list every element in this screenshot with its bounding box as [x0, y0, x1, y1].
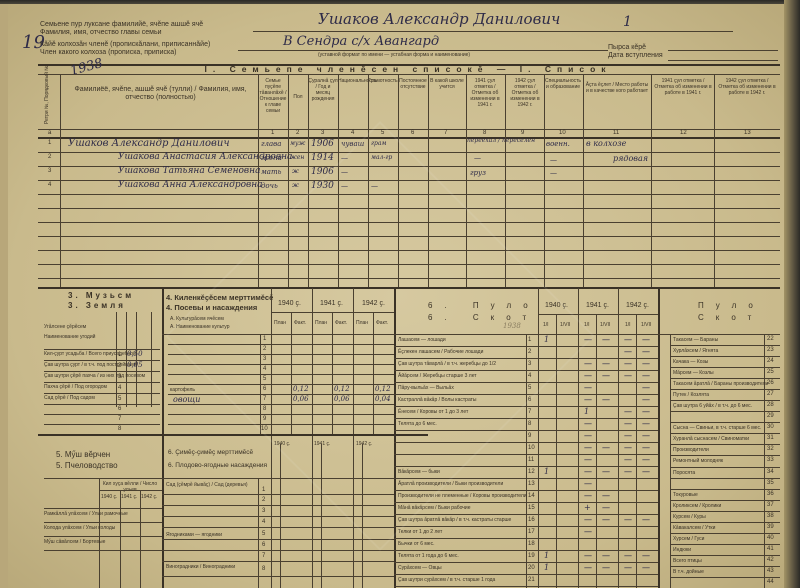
colnum-a: а: [48, 130, 51, 136]
land-number: 4: [118, 385, 121, 391]
livestock-row-number: 19: [528, 553, 535, 559]
livestock-right-label: Путек / Козлята: [673, 392, 709, 398]
fruit-row-number: 4: [262, 519, 265, 525]
fruit-row-number: 5: [262, 531, 265, 537]
livestock-right-row-line: [670, 356, 780, 357]
section5-row-line: [44, 550, 162, 551]
section-divider: [162, 288, 164, 588]
colnum-13: 13: [744, 130, 751, 136]
livestock-value: +: [584, 503, 591, 512]
livestock-right-row-line: [670, 544, 780, 545]
fruit-row-number: 1: [262, 487, 265, 493]
livestock-value: —: [642, 455, 650, 464]
livestock-right-row-line: [670, 422, 780, 423]
col-divider: [583, 74, 584, 287]
livestock-value: —: [584, 383, 592, 392]
member-sex: жен: [290, 154, 304, 161]
livestock-right-number: 34: [767, 469, 774, 475]
col-10-header: Специальность и образование: [544, 78, 582, 90]
member-workplace: в колхозе: [586, 139, 626, 148]
col-name-header: Фамилиёё, ячӗпе, ашшӗ ячӗ (тулли) / Фами…: [68, 86, 253, 102]
livestock-right-number: 37: [767, 502, 774, 508]
livestock-right-label: В т.ч. дойные: [673, 569, 704, 575]
livestock-right-number: 42: [767, 557, 774, 563]
livestock-value: —: [602, 551, 610, 560]
livestock-row-number: 18: [528, 541, 535, 547]
member-col8: переехал / переселен: [467, 137, 535, 144]
livestock-right-label: Такасем — Бараны: [673, 337, 718, 343]
land-label: Ҫав шутри ҫӗрӗ пахча / из них под посево…: [44, 373, 145, 379]
livestock-value: 1: [544, 467, 549, 476]
livestock-value: —: [624, 431, 632, 440]
fruit-row-berries: Ягодниками — ягодники: [166, 532, 222, 538]
livestock-value: —: [642, 395, 650, 404]
fruit-row-number: 3: [262, 508, 265, 514]
fruit-row-number: 8: [262, 566, 265, 572]
livestock-value: —: [602, 443, 610, 452]
livestock-value: —: [624, 455, 632, 464]
member-col8: груз: [470, 169, 486, 177]
section5-col-header: Кил хуҫа вӗлли / Число ульев: [100, 481, 160, 493]
livestock-value: —: [642, 371, 650, 380]
livestock-row-line: [394, 502, 658, 503]
livestock-value: —: [584, 443, 592, 452]
land-label: Кил-ҫурт усадьба / Всего приусадебной: [44, 351, 136, 357]
fruit-row-line: [162, 550, 394, 551]
land-number: 5: [118, 396, 121, 402]
col-5-header: Грамотность: [368, 78, 398, 84]
member-name: Ушакова Татьяна Семеновна: [118, 166, 260, 176]
beekeeping-row-frame: Рамкӑллӑ улӑхсем / Ульи рамочные: [44, 511, 128, 517]
section3-row-line: [44, 382, 160, 383]
livestock-value: —: [584, 551, 592, 560]
colnum-11: 11: [613, 130, 619, 136]
livestock-value: —: [602, 359, 610, 368]
section5-row-line: [44, 508, 162, 509]
beekeeping-row-bort: Мӳш сӑвӑлсем / Бортевые: [44, 539, 105, 545]
livestock-row-line: [394, 574, 658, 575]
row-number: 3: [48, 168, 51, 174]
livestock-right-row-line: [670, 533, 780, 534]
row-number: 1: [48, 140, 51, 146]
colnum-12: 12: [680, 130, 687, 136]
fruit-row-number: 2: [262, 497, 265, 503]
livestock-value: —: [584, 359, 592, 368]
fruit-row-line: [162, 539, 394, 540]
livestock-sub-1942-b: 1/VII: [641, 322, 651, 328]
livestock-value: —: [602, 515, 610, 524]
livestock-right-label: Курсем / Куры: [673, 514, 706, 520]
livestock-row-number: 11: [528, 457, 534, 463]
livestock-right-row-line: [670, 511, 780, 512]
livestock-right-label: Хурсем / Гуси: [673, 536, 704, 542]
livestock-value: —: [642, 563, 650, 572]
livestock-value: —: [584, 491, 592, 500]
kolkhoz-label-ru: Член какого колхоза (прописка, приписка): [40, 49, 176, 57]
section5-col-divider: [140, 490, 141, 588]
section1-colnum-row-top: [38, 129, 780, 130]
livestock-row-number: 20: [528, 565, 535, 571]
col-3-header: Ҫуралнӑ ҫул / Год и месяц рождения: [308, 78, 338, 102]
livestock-value: —: [642, 551, 650, 560]
colnum-6: 6: [411, 130, 414, 136]
colnum-2: 2: [296, 130, 299, 136]
livestock-right-row-line: [670, 478, 780, 479]
livestock-col-divider: [596, 314, 597, 588]
livestock-row-line: [394, 586, 658, 587]
family-head-line: [253, 31, 733, 32]
member-workplace: рядовая: [613, 154, 648, 163]
livestock-right-number: 39: [767, 524, 774, 530]
livestock-right-col-divider: [670, 334, 671, 588]
livestock-right-row-line: [670, 489, 780, 490]
member-col8: —: [474, 154, 481, 162]
col-11-header: Ӑҫта ӗҫлет / Место работы и в качестве к…: [584, 82, 650, 94]
livestock-value: —: [624, 359, 632, 368]
livestock-right-number: 24: [767, 358, 774, 364]
member-sex: ж: [292, 168, 299, 175]
section-divider: [658, 288, 660, 588]
livestock-right-row-line: [670, 389, 780, 390]
livestock-value: —: [642, 419, 650, 428]
section5-title-ru: 5. Пчеловодство: [56, 462, 118, 470]
livestock-right-number: 28: [767, 402, 774, 408]
livestock-right-number: 41: [767, 546, 774, 552]
member-name: Ушаков Александр Данилович: [68, 138, 230, 149]
livestock-sub-1942-a: 1/I: [625, 322, 631, 328]
livestock-right-label: Ҫав шутра 6 уйӑх / в т.ч. до 6 мес.: [673, 403, 752, 409]
section3-title-chv: 3. Музьсм: [68, 292, 134, 300]
livestock-row-number: 8: [528, 421, 531, 427]
livestock-value: —: [602, 467, 610, 476]
section3-row-line: [44, 393, 160, 394]
livestock-value: —: [624, 335, 632, 344]
livestock-row-number: 14: [528, 493, 535, 499]
livestock-value: 1: [544, 551, 549, 560]
livestock-right-number: 29: [767, 413, 774, 419]
colnum-10: 10: [559, 130, 566, 136]
livestock-right-number: 38: [767, 513, 774, 519]
fruit-row-line: [162, 561, 394, 562]
livestock-label: Ҫав шутри сурӑхсем / в т.ч. старше 1 год…: [398, 577, 495, 583]
fruit-row-garden: Сад (ҫӗмрӗ йывӑҫ) / Сад (деревья): [166, 482, 248, 488]
handwritten-year: 1938: [69, 56, 105, 79]
livestock-right-row-line: [670, 522, 780, 523]
livestock-value: —: [584, 479, 592, 488]
section3-row-line: [44, 371, 160, 372]
land-label: Пахча ҫӗрӗ / Под огородом: [44, 384, 107, 390]
livestock-value: —: [602, 563, 610, 572]
livestock-value: —: [584, 515, 592, 524]
livestock-row-number: 21: [528, 577, 535, 583]
household-register-page: 19 Семьене пур луксане фамилийё, ячӗпе а…: [0, 4, 784, 588]
entry-year-label-chv: Пырса кӗрӗ: [608, 44, 646, 52]
beekeeping-row-kolod: Колода улӑхсем / Ульи колоды: [44, 525, 115, 531]
col-2-header: Пол: [288, 94, 308, 100]
crop-name: овощи: [173, 395, 200, 404]
col-divider: [544, 74, 545, 287]
livestock-value: —: [642, 515, 650, 524]
livestock-value: —: [584, 395, 592, 404]
livestock-right-label: Качака — Козы: [673, 359, 708, 365]
member-col10: —: [550, 156, 557, 164]
colnum-4: 4: [351, 130, 354, 136]
livestock-row-line: [394, 526, 658, 527]
section6-plants-title-ru: 6. Плодово-ягодные насаждения: [168, 462, 267, 470]
livestock-value: —: [642, 443, 650, 452]
row-number: 4: [48, 182, 51, 188]
section5-header-line: [44, 478, 162, 479]
livestock-right-row-line: [670, 455, 780, 456]
livestock-right-number: 26: [767, 380, 774, 386]
family-head-name: Ушаков Александр Данилович: [318, 10, 560, 28]
livestock-year-1941: 1941 ҫ.: [586, 302, 609, 310]
entry-year-line-2: [668, 60, 778, 61]
kolkhoz-line: [238, 50, 608, 51]
member-col10: военн.: [546, 140, 570, 148]
land-number: 6: [118, 406, 121, 412]
livestock-label: Телки от 1 до 2 лет: [398, 529, 442, 535]
livestock-right-title-ru: Скот: [698, 314, 763, 322]
book-edge: [784, 0, 800, 588]
livestock-right-label: Индюки: [673, 547, 691, 553]
colnum-3: 3: [321, 130, 324, 136]
livestock-right-label: Поросята: [673, 470, 695, 476]
colnum-8: 8: [483, 130, 486, 136]
col-divider: [60, 74, 61, 287]
section5-col-divider: [99, 478, 100, 588]
livestock-right-row-line: [670, 345, 780, 346]
livestock-value: —: [602, 371, 610, 380]
col-divider: [714, 74, 715, 287]
member-birth-year: 1906: [311, 139, 334, 149]
member-relation: мать: [261, 168, 281, 176]
family-head-label-chv: Семьене пур луксане фамилийё, ячӗпе ашшӗ…: [40, 21, 203, 29]
member-birth-year: 1914: [311, 153, 334, 163]
livestock-value: —: [642, 383, 650, 392]
land-value: 0,50: [127, 350, 143, 358]
section6-plants-col-divider: [271, 436, 272, 588]
livestock-right-number: 25: [767, 369, 774, 375]
livestock-value: —: [602, 395, 610, 404]
col-7-header: В какой школе учится: [428, 78, 466, 90]
livestock-right-number: 31: [767, 435, 774, 441]
livestock-right-number: 33: [767, 457, 774, 463]
livestock-value: —: [602, 335, 610, 344]
livestock-right-row-line: [670, 411, 780, 412]
section3-col-header-chv: Угӑлсене ҫӗрӗсем: [44, 324, 86, 330]
livestock-value: —: [624, 419, 632, 428]
legal-form-note: (уставной формат по имени — устабная фор…: [318, 52, 470, 58]
livestock-right-label: Производители: [673, 447, 709, 453]
livestock-label: Бычки от 6 мес.: [398, 541, 434, 547]
livestock-value: —: [602, 491, 610, 500]
livestock-value: —: [642, 359, 650, 368]
livestock-right-row-line: [670, 433, 780, 434]
colnum-9: 9: [521, 130, 524, 136]
col-6-header: Постоянное отсутствие: [398, 78, 428, 90]
section3-row-line: [44, 404, 160, 405]
family-head-label-ru: Фамилия, имя, отчество главы семьи: [40, 29, 162, 37]
entry-year-line: [668, 50, 778, 51]
livestock-value: —: [624, 467, 632, 476]
livestock-row-number: 17: [528, 529, 535, 535]
livestock-value: —: [642, 467, 650, 476]
livestock-label: Сурӑхсем — Овцы: [398, 565, 442, 571]
livestock-row-number: 9: [528, 433, 531, 439]
livestock-value: —: [584, 419, 592, 428]
livestock-label: Ҫав шутра ӑратлӑ вӑкӑр / в т.ч. кастраты…: [398, 517, 511, 523]
livestock-right-row-line: [670, 400, 780, 401]
livestock-right-row-line: [670, 577, 780, 578]
livestock-right-label: Мӑрсем — Козлы: [673, 370, 714, 376]
livestock-right-label: Кроликсем / Кролики: [673, 503, 721, 509]
crop-name: картофель: [170, 387, 195, 393]
livestock-right-row-line: [670, 378, 780, 379]
livestock-value: —: [642, 407, 650, 416]
livestock-value: —: [642, 347, 650, 356]
livestock-right-number: 44: [767, 579, 774, 585]
livestock-sub-1941-b: 1/VII: [600, 322, 610, 328]
section5-row-line: [44, 536, 162, 537]
livestock-value: —: [624, 563, 632, 572]
land-number: 8: [118, 426, 121, 432]
livestock-right-label: Хуранлӑ сыснасем / Свиноматки: [673, 436, 749, 442]
livestock-value: —: [624, 551, 632, 560]
section6-plants-title-chv: 6. Ҫимӗҫ-ҫимӗҫ мерттимӗсӗ: [168, 449, 253, 457]
member-relation: жена: [261, 154, 282, 162]
col-12-header: 1941 ҫул отметка / Отметка об изменении …: [653, 78, 713, 96]
kolkhoz-value: В Сендра с/х Авангард: [283, 34, 439, 49]
livestock-row-number: 16: [528, 517, 535, 523]
kolkhoz-label-chv: Кӑйӗ колхозӑн членӗ (пропискӑлани, припи…: [40, 41, 210, 49]
livestock-value: 1: [544, 563, 549, 572]
col-13-header: 1942 ҫул отметка / Отметка об изменении …: [716, 78, 778, 96]
livestock-row-line: [394, 562, 658, 563]
livestock-right-col-divider: [764, 334, 765, 588]
livestock-right-label: Хурлӑхсем / Ягнята: [673, 348, 718, 354]
livestock-value: —: [584, 527, 592, 536]
fruit-row-number: 6: [262, 542, 265, 548]
member-sex: муж: [290, 140, 305, 147]
livestock-right-number: 22: [767, 336, 774, 342]
section3-col-header-ru: Наименование угодий: [44, 334, 95, 340]
land-label: Сад ҫӗрӗ / Под садом: [44, 395, 95, 401]
col-4-header: Национальность: [338, 78, 368, 84]
livestock-right-label: Всего птицы: [673, 558, 702, 564]
livestock-right-number: 36: [767, 491, 774, 497]
livestock-row-number: 13: [528, 481, 535, 487]
livestock-row-line: [394, 514, 658, 515]
livestock-right-row-line: [670, 467, 780, 468]
livestock-row-number: 15: [528, 505, 535, 511]
livestock-col-divider: [636, 314, 637, 588]
livestock-right-number: 27: [767, 391, 774, 397]
member-name: Ушакова Анна Александровна: [118, 180, 263, 190]
livestock-row-line: [394, 550, 658, 551]
livestock-value: —: [584, 563, 592, 572]
land-number: 2: [118, 363, 121, 369]
livestock-row-number: 12: [528, 469, 535, 475]
livestock-value: —: [584, 371, 592, 380]
livestock-value: 1: [584, 407, 589, 416]
livestock-value: —: [624, 515, 632, 524]
col-9-header: 1942 ҫул отметка / Отметка об изменении …: [506, 78, 544, 108]
colnum-7: 7: [444, 130, 447, 136]
livestock-right-label: Сысна — Свиньи, в т.ч. старше 6 мес.: [673, 425, 761, 431]
fruit-row-vineyard: Виноградники / Виноградники: [166, 564, 235, 570]
land-value: 0,05: [127, 361, 143, 369]
member-col10: —: [550, 169, 557, 177]
col-a-header: Ретри №, Порядковый №: [44, 65, 50, 124]
section3-row-line: [44, 424, 160, 425]
livestock-row-number: 10: [528, 445, 535, 451]
livestock-label: Телята от 1 года до 6 мес.: [398, 553, 459, 559]
col-8-header: 1941 ҫул отметка / Отметка об изменении …: [466, 78, 504, 108]
fruit-row-line: [162, 576, 394, 577]
livestock-right-label: Ремонтный молодняк: [673, 458, 723, 464]
livestock-right-number: 32: [767, 446, 774, 452]
row-number: 2: [48, 154, 51, 160]
section5-year-1941: 1941 ҫ.: [121, 494, 137, 500]
livestock-value: —: [642, 431, 650, 440]
land-number: 7: [118, 416, 121, 422]
section3-title-ru: 3. Земля: [68, 302, 126, 310]
livestock-right-row-line: [670, 500, 780, 501]
livestock-right-number: 23: [767, 347, 774, 353]
entry-year-label-ru: Дата вступления: [608, 52, 663, 60]
livestock-right-row-line: [670, 555, 780, 556]
fruit-row-number: 7: [262, 553, 265, 559]
livestock-right-header-bottom: [658, 334, 780, 335]
section5-year-1942: 1942 ҫ.: [141, 494, 157, 500]
family-head-suffix: 1: [623, 14, 632, 30]
member-relation: глава: [261, 140, 281, 148]
livestock-value: —: [624, 407, 632, 416]
section1-title: I. Семьепе членӗсен списокӗ — I. Список: [108, 65, 708, 73]
colnum-1: 1: [271, 130, 274, 136]
section5-row-line: [44, 522, 162, 523]
livestock-right-number: 43: [767, 568, 774, 574]
livestock-value: —: [584, 455, 592, 464]
section3-row-line: [44, 414, 160, 415]
livestock-right-number: 30: [767, 424, 774, 430]
section5-title-chv: 5. Мӳш вӗрчен: [56, 451, 110, 459]
livestock-value: —: [624, 347, 632, 356]
livestock-value: —: [584, 467, 592, 476]
land-number: 3: [118, 374, 121, 380]
section1-header-top: [38, 74, 780, 75]
livestock-right-label: Кӑвакалсем / Утки: [673, 525, 715, 531]
col-1-header: Семье пуҫӗпе тӑванлӑхӗ / Отношение к гла…: [258, 78, 288, 114]
livestock-right-row-line: [670, 566, 780, 567]
land-label: Ҫав шутра ҫурт / в т.ч. под постройками: [44, 362, 136, 368]
livestock-col-divider: [618, 288, 619, 588]
livestock-right-title-chv: Пуло: [698, 302, 765, 310]
member-relation: дочь: [261, 182, 278, 190]
livestock-value: —: [602, 503, 610, 512]
section5-year-line: [99, 490, 162, 491]
member-sex: ж: [292, 182, 299, 189]
livestock-value: —: [624, 371, 632, 380]
livestock-right-label: Такасем ӑратлӑ / Бараны производители: [673, 381, 768, 387]
livestock-row-number: 7: [528, 409, 531, 415]
livestock-row-line: [394, 538, 658, 539]
col-divider: [651, 74, 652, 287]
livestock-right-label: Токуровые: [673, 492, 698, 498]
livestock-right-row-line: [670, 367, 780, 368]
section5-col-divider: [120, 490, 121, 588]
